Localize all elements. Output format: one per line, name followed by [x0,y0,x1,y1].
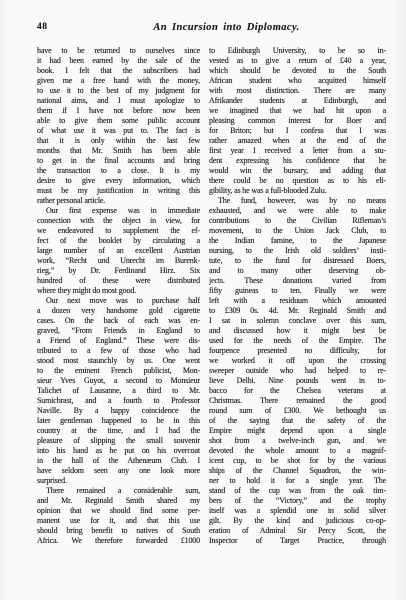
text-line: and Mr. Reginald Smith shared my [37,496,200,506]
text-line: Sumichrast, and a fourth to Professor [37,396,200,406]
text-line: we imagined that we had hit upon a [209,106,386,116]
text-line: cases. On the back of each was en- [37,316,200,326]
text-line: fifty guineas to ten. Finally we were [209,286,386,296]
paragraph: Our next move was to purchase halfa doze… [37,296,200,486]
text-line: African student who acquitted himself [209,76,386,86]
text-line: gibility, as he was a full-blooded Zulu. [209,186,386,196]
text-line: fourpence presented no difficulty, for [209,346,386,356]
book-page: 48 An Incursion into Diplomacy. have to … [0,0,406,600]
text-line: pleasing common interest for Boer and [209,116,386,126]
text-line: should bring benefit to natives of South [37,526,200,536]
text-line: surprised. [37,476,200,486]
text-line: in the hall of the Athenæum Club. I [37,456,200,466]
text-line: rather personal article. [37,196,200,206]
text-line: hundred of these were distributed [37,276,200,286]
text-line: manent use for it, and that this use [37,516,200,526]
text-line: later gentleman happened to be in this [37,416,200,426]
text-line: left with a residuum which amounted [209,296,386,306]
text-line: there could be no question as to his eli… [209,176,386,186]
paragraph: There remained a considerable sum,and Mr… [37,486,200,546]
text-line: stand of the cup was from the oak tim- [209,486,386,496]
text-line: Inspector of Target Practice, through [209,536,386,546]
text-line: we worked it off upon the crossing [209,356,386,366]
text-line: a dozen very handsome gold cigarette [37,306,200,316]
text-line: Africa. We therefore forwarded £1000 [37,536,200,546]
text-line: eration of Admiral Sir Percy Scott, the [209,526,386,536]
text-line: to the eminent French publicist, Mon- [37,366,200,376]
text-line: There remained a considerable sum, [37,486,200,496]
text-line: the transaction to a close. It is my [37,166,200,176]
scan-edge-right [390,0,406,600]
text-line: contributions to the Civilian Rifleman’s [209,216,386,226]
text-line: lieve Delhi. Nine pounds went in to- [209,376,386,386]
text-line: bers of the “Victory,” and the trophy [209,496,386,506]
text-line: to Edinburgh University, to be so in- [209,46,386,56]
text-line: must be my justification in writing this [37,186,200,196]
text-line: a Friend of England.” These were dis- [37,336,200,346]
text-line: to use it to the best of my judgment for [37,86,200,96]
text-column-right: to Edinburgh University, to be so in-ves… [209,46,386,546]
text-line: we endeavored to supplement the ef- [37,226,200,236]
text-line: the Indian famine, to the Japanese [209,236,386,246]
text-line: Christmas. There remained the good [209,396,386,406]
text-line: it had been earned by the sale of the [37,56,200,66]
paragraph: Our first expense was in immediateconnec… [37,206,200,296]
text-line: fect of the booklet by circulating a [37,236,200,246]
text-line: The fund, however, was by no means [209,196,386,206]
text-line: book. I felt that the subscribers had [37,66,200,76]
text-line: them if I have not before now been [37,106,200,116]
text-line: itself was a splendid one in solid silve… [209,506,386,516]
text-line: used for the needs of the Empire. The [209,336,386,346]
text-line: icent cup, to be shot for by the various [209,456,386,466]
paragraph: have to be returned to ourselves sinceit… [37,46,200,206]
text-line: gilt. By the kind and judicious co-op- [209,516,386,526]
text-line: and discussed how it might best be [209,326,386,336]
text-line: have to be returned to ourselves since [37,46,200,56]
text-line: tute, to the fund for distressed Boers, [209,256,386,266]
text-line: Our first expense was in immediate [37,206,200,216]
page-header: 48 An Incursion into Diplomacy. [37,22,386,36]
text-line: Our next move was to purchase half [37,296,200,306]
text-line: sieur Yves Guyot, a second to Monsieur [37,376,200,386]
text-line: first year I received a letter from a st… [209,146,386,156]
text-line: where they might do most good. [37,286,200,296]
text-line: of the saying that the safety of the [209,416,386,426]
text-line: have seldom seen any one look more [37,466,200,476]
text-line: round sum of £300. We bethought us [209,406,386,416]
text-line: that it is only within the last few [37,136,200,146]
text-line: graved, “From Friends in England to [37,326,200,336]
text-line: for Briton; but I confess that I was [209,126,386,136]
text-line: pleasure of slipping the small souvenir [37,436,200,446]
text-line: and to many other deserving ob- [209,266,386,276]
paragraph: to Edinburgh University, to be so in-ves… [209,46,386,196]
text-line: movement, to the Union Jack Club, to [209,226,386,236]
text-line: would win the bursary, and adding that [209,166,386,176]
text-line: national aims, and I must apologize to [37,96,200,106]
text-line: country at the time, and I had the [37,426,200,436]
page-body: have to be returned to ourselves sinceit… [37,46,386,546]
text-line: jects. These donations varied from [209,276,386,286]
text-line: to £309 0s. 4d. Mr. Reginald Smith and [209,306,386,316]
text-line: opinion that we should find some per- [37,506,200,516]
text-line: connection with the object in view, for [37,216,200,226]
scan-edge-left [0,0,10,600]
text-line: vested as to give a return of £40 a year… [209,56,386,66]
text-line: to get in the final accounts and bring [37,156,200,166]
text-line: rieg,” by Dr. Ferdinand Hirz. Six [37,266,200,276]
text-line: desire to give every information, which [37,176,200,186]
text-line: devoted the whole amount to a magnif- [209,446,386,456]
text-line: exhausted, and we were able to make [209,206,386,216]
text-line: Empire might depend upon a single [209,426,386,436]
text-line: Afrikander students at Edinburgh, and [209,96,386,106]
text-line: rather amazed when at the end of the [209,136,386,146]
text-line: sweeper outside who had helped to re- [209,366,386,376]
text-line: large number of an excellent Austrian [37,246,200,256]
text-line: Talichet of Lausanne, a third to Mr. [37,386,200,396]
page-number: 48 [37,22,48,32]
text-line: of what use it was put to. The fact is [37,126,200,136]
text-line: stood most staunchly by us. One went [37,356,200,366]
text-line: with most distinction. There are many [209,86,386,96]
text-line: nursing, to the Irish old soldiers’ inst… [209,246,386,256]
text-line: into his hand as he put on his overcoat [37,446,200,456]
text-line: I sat in solemn conclave over this sum, [209,316,386,326]
running-title: An Incursion into Diplomacy. [67,22,386,33]
text-line: ner to hold it for a single year. The [209,476,386,486]
text-line: able to give them some public account [37,116,200,126]
text-line: given me a free hand with the money, [37,76,200,86]
text-line: tributed to a few of those who had [37,346,200,356]
text-line: months that Mr. Smith has been able [37,146,200,156]
text-line: Naville. By a happy coincidence the [37,406,200,416]
text-column-left: have to be returned to ourselves sinceit… [37,46,200,546]
text-line: work, “Recht und Unrecht im Burenk- [37,256,200,266]
text-line: dent expressing his confidence that he [209,156,386,166]
text-line: which should be devoted to the South [209,66,386,76]
text-line: shot from a twelve-inch gun, and we [209,436,386,446]
text-line: bacco for the Chelsea veterans at [209,386,386,396]
text-line: ships of the Channel Squadron, the win- [209,466,386,476]
paragraph: The fund, however, was by no meansexhaus… [209,196,386,546]
